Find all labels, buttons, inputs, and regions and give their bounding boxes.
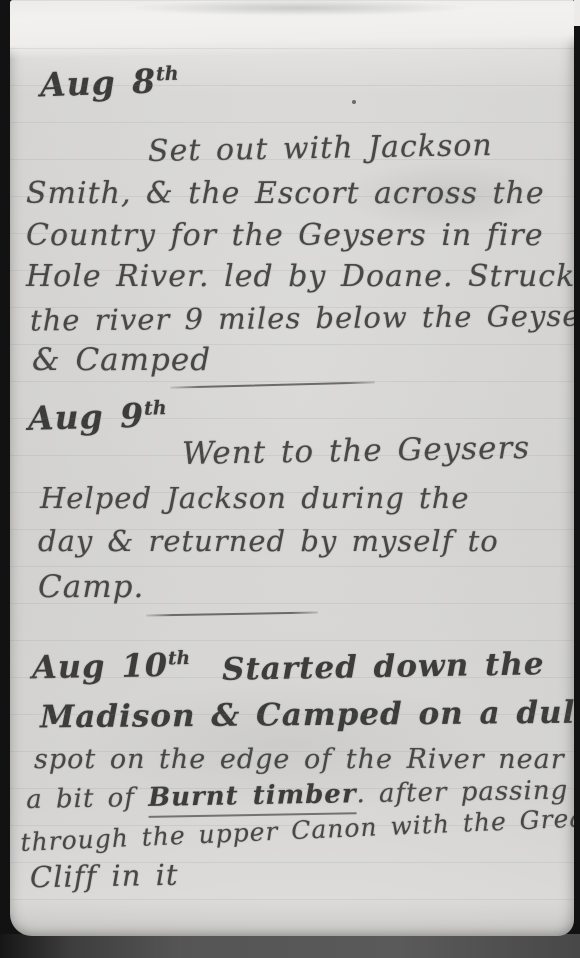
handwriting-line: Smith, & the Escort across the	[26, 179, 545, 209]
date-ordinal-suffix: th	[155, 62, 179, 86]
date-ordinal-suffix: th	[168, 648, 190, 669]
paper-top-right-edge	[574, 0, 580, 26]
date-text: Aug 10	[32, 646, 169, 686]
handwriting-line: Helped Jackson during the	[40, 484, 470, 513]
date-text: Aug 9	[28, 396, 145, 438]
handwriting-line: Country for the Geysers in fire	[26, 221, 544, 251]
date-ordinal-suffix: th	[144, 396, 167, 420]
diary-paper-page: Aug 8th Set out with Jackson Smith, & th…	[10, 0, 574, 936]
handwriting-line: day & returned by myself to	[38, 527, 499, 556]
handwriting-line: Went to the Geysers	[182, 433, 531, 470]
handwriting-line: Started down the	[222, 649, 545, 686]
line-segment: . after passing	[356, 776, 568, 810]
entry-date-aug-10: Aug 10th	[32, 649, 191, 684]
burnt-timber-underlined-text: Burnt timber	[148, 779, 357, 818]
entry-date-aug-8: Aug 8th	[39, 64, 179, 102]
handwriting-line: Camp.	[38, 572, 144, 603]
entry-date-aug-9: Aug 9th	[28, 398, 168, 435]
handwriting-line: Madison & Camped on a dull	[40, 698, 574, 734]
pencil-dot-mark	[352, 100, 356, 104]
handwriting-line: Hole River. led by Doane. Struck	[26, 262, 574, 292]
handwriting-line: & Camped	[32, 345, 211, 376]
handwriting-line: Set out with Jackson	[148, 131, 493, 167]
diary-page-photo: Aug 8th Set out with Jackson Smith, & th…	[0, 0, 580, 958]
handwriting-line: spot on the edge of the River near	[34, 746, 565, 773]
entry-end-flourish-line	[170, 381, 375, 388]
handwriting-line: the river 9 miles below the Geysers	[30, 301, 574, 335]
photo-bottom-band	[0, 934, 580, 958]
top-edge-smudge	[130, 0, 470, 16]
entry-end-flourish-line	[146, 611, 318, 616]
date-text: Aug 8	[39, 61, 156, 104]
handwriting-line: Cliff in it	[30, 861, 179, 893]
line-segment: a bit of	[26, 783, 148, 815]
